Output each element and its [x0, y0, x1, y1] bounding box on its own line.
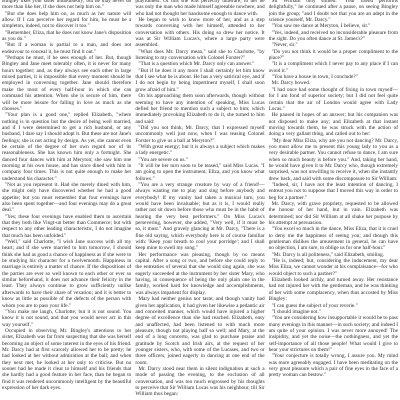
paragraph: "Not as you represent it. Had she merely…	[2, 182, 131, 214]
paragraph: "Well," said Charlotte, "I wish Jane suc…	[2, 239, 131, 309]
paragraph: He began to wish to know more of her, an…	[135, 17, 264, 49]
paragraph: "He is, indeed; but, considering the ind…	[269, 258, 398, 277]
paragraph: "Yes, indeed, and received no inconsider…	[269, 30, 398, 43]
paragraph: Mr. Darcy, with grave propriety, request…	[269, 201, 398, 226]
paragraph: "With great energy; but it is always a s…	[135, 144, 264, 157]
paragraph: "I had once had some thought of fixing i…	[269, 87, 398, 112]
book-page: Bingley likes your sister undoubtedly; b…	[0, 0, 400, 400]
paragraph: "Do you not think it would be a proper c…	[269, 49, 398, 62]
paragraph: "It is a compliment which I never pay to…	[269, 61, 398, 74]
paragraph: On his approaching them soon afterwards,…	[135, 93, 264, 125]
text-column-middle: playfulness. Of this she was perfectly u…	[135, 0, 264, 400]
paragraph: "Yes; these four evenings have enabled t…	[2, 214, 131, 239]
paragraph: "Your plan is a good one," replied Eliza…	[2, 112, 131, 182]
paragraph: "But if a woman is partial to a man, and…	[2, 42, 131, 55]
paragraph: "Indeed, sir, I have not the least inten…	[269, 182, 398, 201]
paragraph: "You are considering how insupportable i…	[269, 315, 398, 353]
paragraph: Occupied in observing Mr. Bingley's atte…	[2, 328, 131, 391]
paragraph: Elizabeth looked archly, and turned away…	[269, 277, 398, 302]
paragraph: Mary had neither genius nor taste; and t…	[135, 296, 264, 366]
paragraph: "Remember, Eliza, that he does not know …	[2, 30, 131, 43]
paragraph: "It will be her turn soon to be teased,"…	[135, 163, 264, 182]
paragraph: He paused in hopes of an answer; but his…	[269, 112, 398, 137]
paragraph: "Perhaps he must, if he sees enough of h…	[2, 55, 131, 112]
paragraph: Bingley likes your sister undoubtedly; b…	[2, 0, 131, 11]
paragraph: "You are a very strange creature by way …	[135, 182, 264, 252]
paragraph: "But if he does it any more I shall cert…	[135, 68, 264, 93]
paragraph: Her performance was pleasing, though by …	[135, 252, 264, 296]
paragraph: "Your conjecture is totally wrong, I ass…	[269, 353, 398, 378]
paragraph: "Did you not think, Mr. Darcy, that I ex…	[135, 125, 264, 144]
paragraph: "You excel so much in the dance, Miss El…	[269, 226, 398, 251]
paragraph: "That is a question which Mr. Darcy only…	[135, 61, 264, 67]
paragraph: Mr. Darcy stood near them in silent indi…	[135, 366, 264, 398]
text-column-left: Bingley likes your sister undoubtedly; b…	[2, 0, 131, 400]
paragraph: "But she does help him on, as much as he…	[2, 11, 131, 30]
paragraph: "You make me laugh, Charlotte; but it is…	[2, 309, 131, 328]
paragraph: playfulness. Of this she was perfectly u…	[135, 0, 264, 17]
paragraph: "My dear Miss Eliza, why are you not dan…	[269, 138, 398, 182]
text-column-right: Sir William only smiled. "Your friend pe…	[269, 0, 398, 400]
paragraph: Sir William only smiled. "Your friend pe…	[269, 0, 398, 23]
paragraph: "What does Mr. Darcy mean," said she to …	[135, 49, 264, 62]
